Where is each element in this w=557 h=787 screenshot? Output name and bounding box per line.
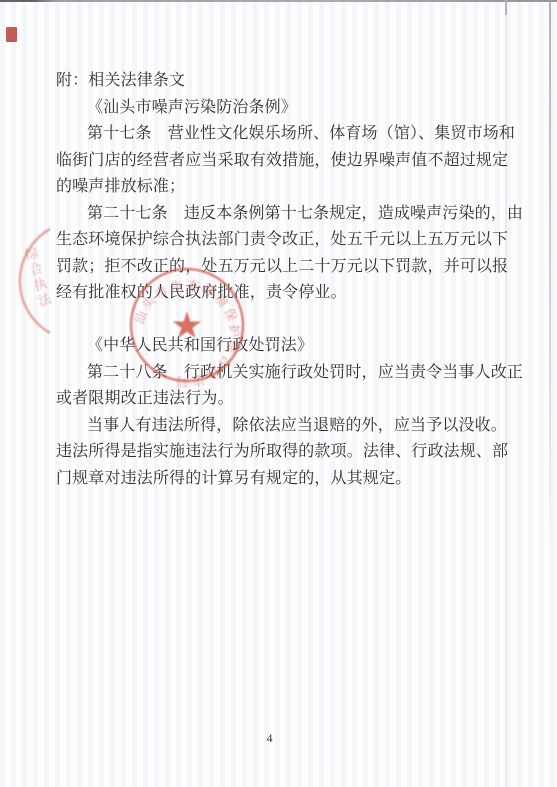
scan-edge-tick xyxy=(505,0,507,15)
scan-edge-top xyxy=(0,0,557,2)
scan-red-mark xyxy=(6,27,17,42)
text-line: 临街门店的经营者应当采取有效措施，使边界噪声值不超过规定 xyxy=(56,148,526,175)
text-line: 第十七条 营业性文化娱乐场所、体育场（馆）、集贸市场和 xyxy=(56,121,526,148)
text-line: 《汕头市噪声污染防治条例》 xyxy=(56,95,526,122)
page-number: 4 xyxy=(0,731,540,746)
text-line: 《中华人民共和国行政处罚法》 xyxy=(56,333,526,360)
text-line: 经有批准权的人民政府批准，责令停业。 xyxy=(56,280,526,307)
text-line: 当事人有违法所得，除依法应当退赔的外，应当予以没收。 xyxy=(56,413,526,440)
document-body: 附：相关法律条文《汕头市噪声污染防治条例》第十七条 营业性文化娱乐场所、体育场（… xyxy=(56,68,526,492)
text-line: 罚款；拒不改正的，处五万元以上二十万元以下罚款，并可以报 xyxy=(56,254,526,281)
partial-seal-text: 综合执法 xyxy=(20,245,56,312)
text-line xyxy=(56,307,526,334)
text-line: 违法所得是指实施违法行为所取得的款项。法律、行政法规、部 xyxy=(56,439,526,466)
text-line: 或者限期改正违法行为。 xyxy=(56,386,526,413)
text-line: 第二十八条 行政机关实施行政处罚时，应当责令当事人改正 xyxy=(56,360,526,387)
text-line: 附：相关法律条文 xyxy=(56,68,526,95)
scan-edge-right xyxy=(549,0,551,560)
text-line: 第二十七条 违反本条例第十七条规定，造成噪声污染的，由 xyxy=(56,201,526,228)
text-line: 的噪声排放标准； xyxy=(56,174,526,201)
text-line: 生态环境保护综合执法部门责令改正，处五千元以上五万元以下 xyxy=(56,227,526,254)
text-line: 门规章对违法所得的计算另有规定的，从其规定。 xyxy=(56,466,526,493)
